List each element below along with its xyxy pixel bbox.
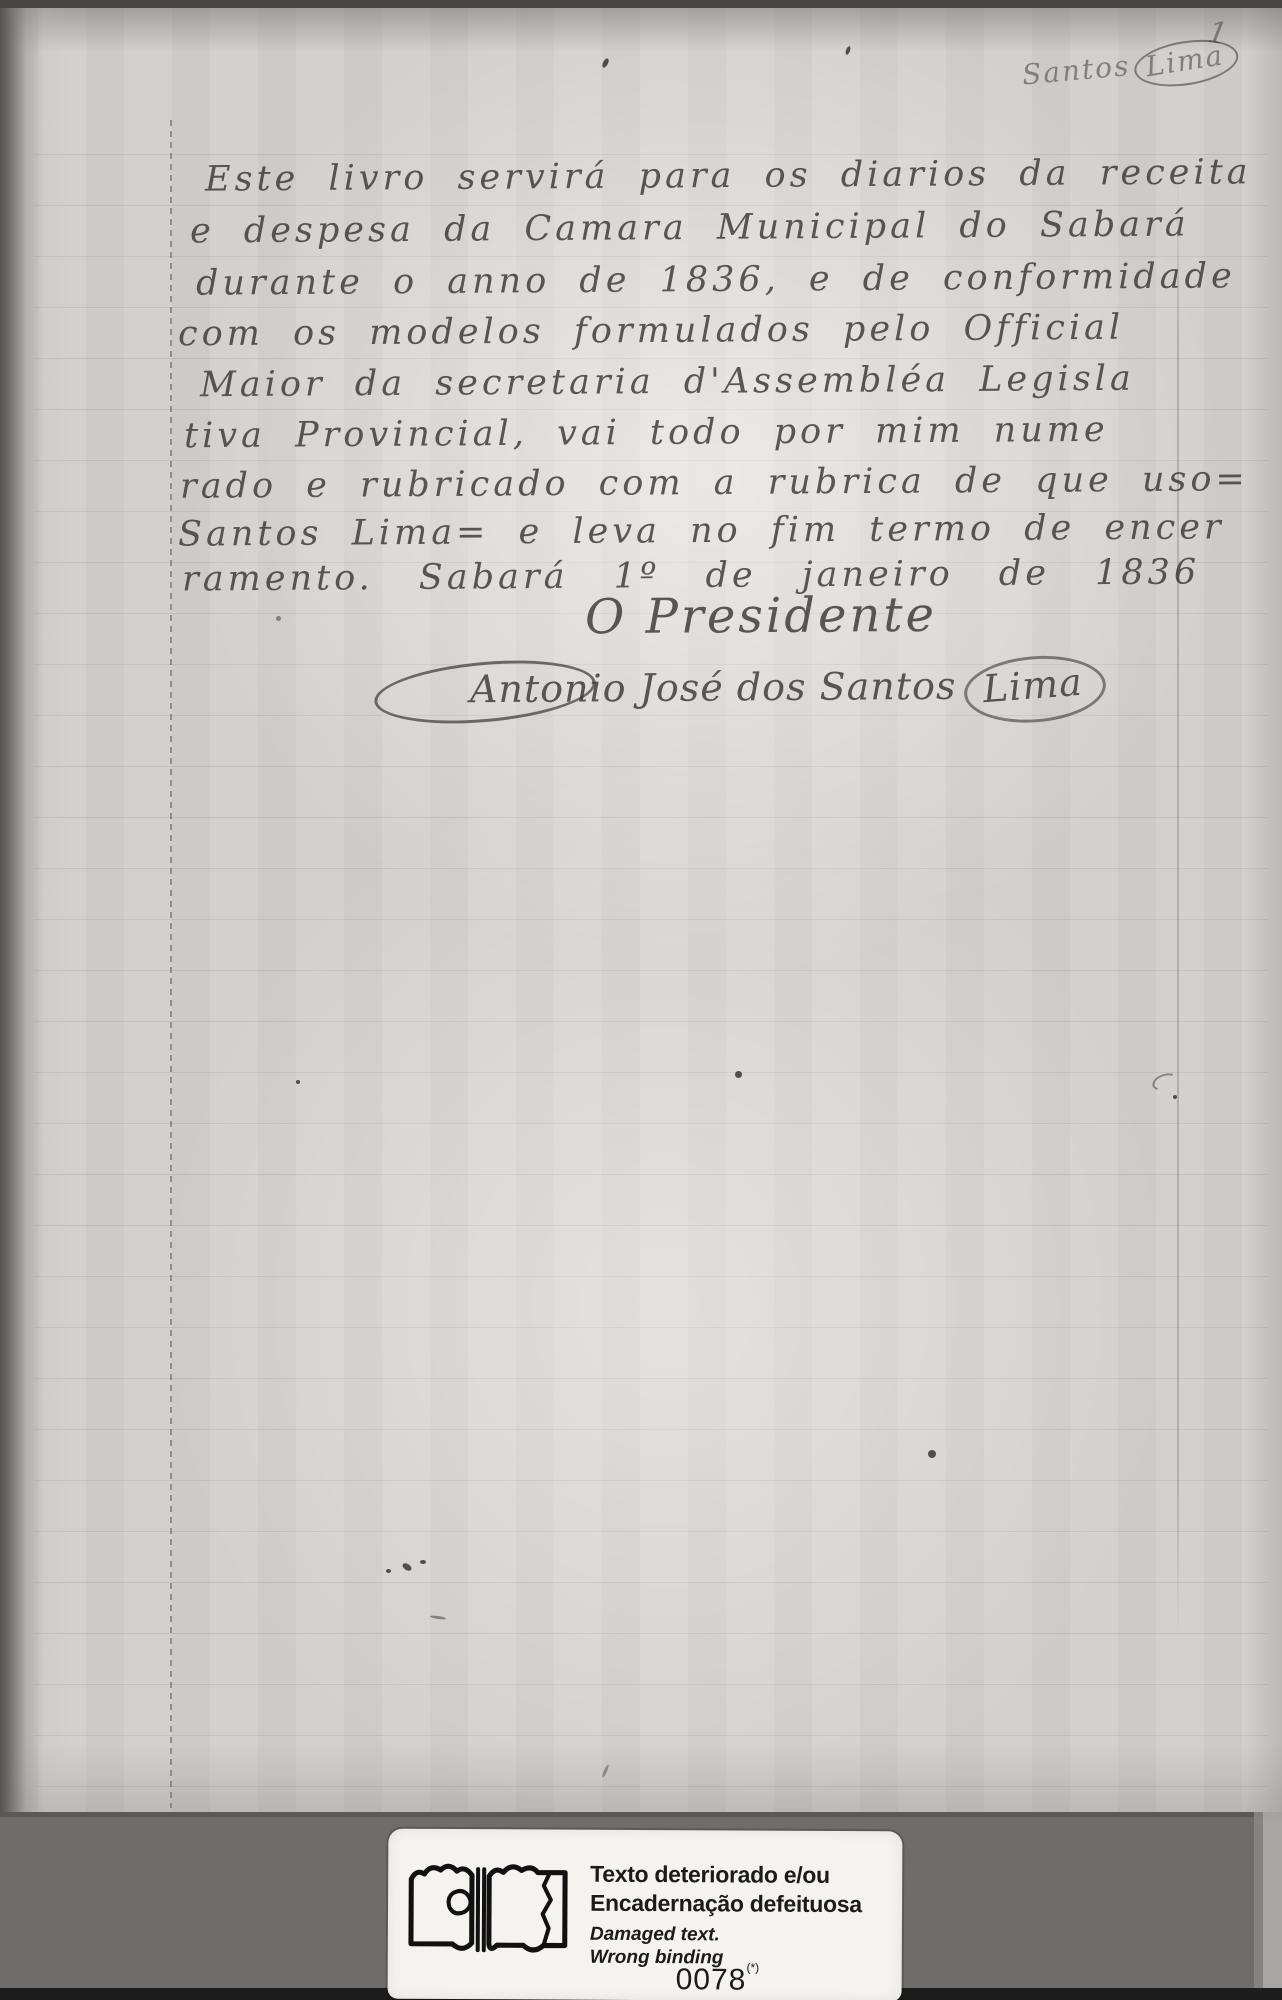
manuscript-line: Este livro servirá para os diarios da re… [205,152,1252,199]
ink-speck [735,1071,742,1078]
binding-gutter-shadow [0,8,70,1812]
corner-rubric: SantosLima [1020,37,1240,100]
signature-name-circled: Lima [962,651,1109,728]
ink-speck [276,616,281,621]
signature-name: Antonio José dos SantosLima [470,656,1107,726]
ink-speck [845,46,852,56]
ink-speck [386,1569,391,1573]
damaged-book-icon [402,1845,575,1966]
signature-title: O Presidente [585,587,937,645]
ink-speck [928,1450,936,1458]
stamp-pt-line1: Texto deteriorado e/ou [590,1860,895,1891]
manuscript-line: e despesa da Camara Municipal do Sabará [190,205,1190,252]
manuscript-line: durante o anno de 1836, e de conformidad… [196,256,1236,303]
fold-crease [1177,173,1179,1643]
stamp-en-line1: Damaged text. [590,1923,895,1948]
manuscript-line: Santos Lima= e leva no fim termo de ence… [178,507,1225,554]
scan-edge-right [1254,1812,1282,1988]
condition-stamp-text: Texto deteriorado e/ou Encadernação defe… [590,1860,896,1971]
corner-rubric-circled: Lima [1131,33,1241,93]
manuscript-line: rado e rubricado com a rubrica de que us… [180,459,1249,506]
stamp-pt-line2: Encadernação defeituosa [590,1889,895,1920]
ink-speck [1173,1095,1177,1099]
archival-scan: 1 SantosLima Este livro servirá para os … [0,0,1282,2000]
manuscript-line: Maior da secretaria d'Assembléa Legisla [200,359,1135,406]
corner-rubric-text: Santos [1021,49,1132,91]
manuscript-page: 1 SantosLima Este livro servirá para os … [0,8,1282,1812]
manuscript-line: com os modelos formulados pelo Official [178,308,1124,355]
ink-speck [601,57,610,68]
ink-speck [296,1080,300,1084]
manuscript-line: tiva Provincial, vai todo por mim nume [184,410,1109,456]
stamp-code-number: 0078 [676,1963,747,1996]
stamp-code-note: (*) [746,1961,759,1975]
signature-name-text: Antonio José dos Santos [470,664,957,711]
ink-speck [420,1560,426,1564]
stamp-code: 0078(*) [676,1960,760,1997]
margin-line [170,120,172,1808]
condition-stamp: Texto deteriorado e/ou Encadernação defe… [388,1829,903,2000]
